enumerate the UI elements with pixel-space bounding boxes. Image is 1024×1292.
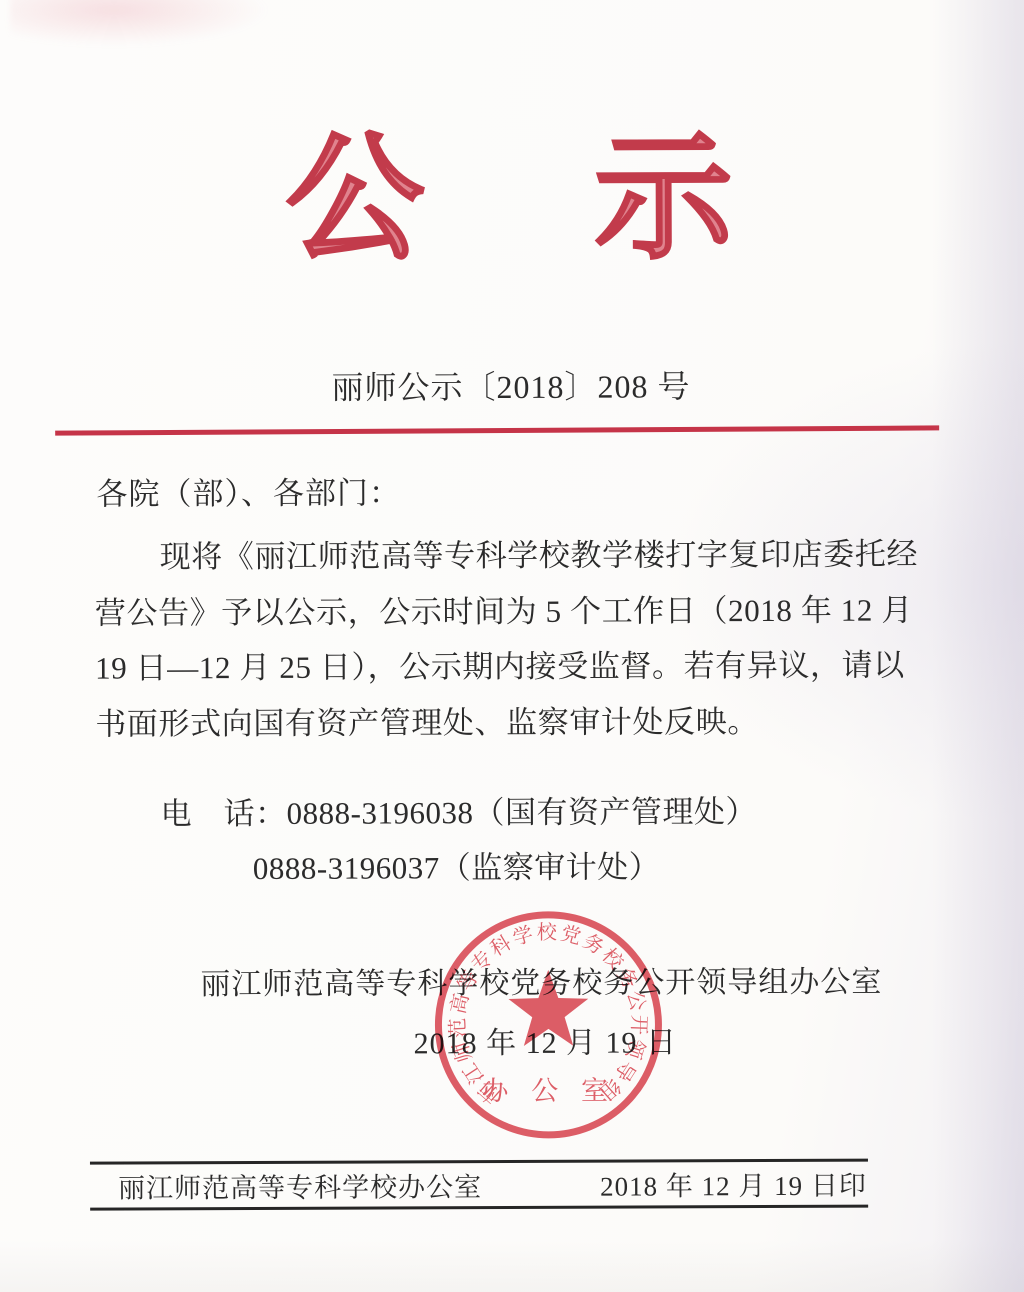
official-seal: 丽江师范高等专科学校党务校务公开领导组 办 公 室 — [429, 902, 668, 1147]
body-line: 19 日—12 月 25 日），公示期内接受监督。若有异议，请以 — [95, 637, 925, 696]
red-separator-rule — [55, 425, 939, 435]
footer-rule-top — [90, 1159, 868, 1165]
notice-title: 公 示 — [0, 126, 1023, 275]
body-line: 现将《丽江师范高等专科学校教学楼打字复印店委托经 — [95, 526, 925, 585]
seal-star-icon — [508, 970, 588, 1046]
scan-content: 公 示 丽师公示〔2018〕208 号 各院（部）、各部门： 现将《丽江师范高等… — [0, 0, 1024, 1292]
salutation: 各院（部）、各部门： — [96, 476, 401, 511]
phone-number-2: 0888-3196037（监察审计处） — [253, 849, 660, 886]
body-line: 营公告》予以公示，公示时间为 5 个工作日（2018 年 12 月 — [95, 582, 925, 641]
doc-number: 丽师公示〔2018〕208 号 — [0, 360, 1023, 410]
body-line: 书面形式向国有资产管理处、监察审计处反映。 — [95, 693, 925, 752]
phone-line-2: 0888-3196037（监察审计处） — [253, 839, 661, 896]
seal-bottom-text: 办 公 室 — [481, 1076, 616, 1107]
footer-rule-bottom — [90, 1205, 868, 1211]
body-paragraph: 现将《丽江师范高等专科学校教学楼打字复印店委托经 营公告》予以公示，公示时间为 … — [95, 526, 926, 751]
footer-issuing-office: 丽江师范高等专科学校办公室 — [118, 1172, 482, 1203]
phone-number-1: 0888-3196038（国有资产管理处） — [287, 794, 757, 831]
phone-line-1: 电 话：0888-3196038（国有资产管理处） — [161, 784, 758, 841]
phone-label: 电 话： — [161, 796, 287, 831]
scanned-notice-page: 公 示 丽师公示〔2018〕208 号 各院（部）、各部门： 现将《丽江师范高等… — [0, 0, 1024, 1292]
footer-print-date: 2018 年 12 月 19 日印 — [600, 1171, 867, 1202]
